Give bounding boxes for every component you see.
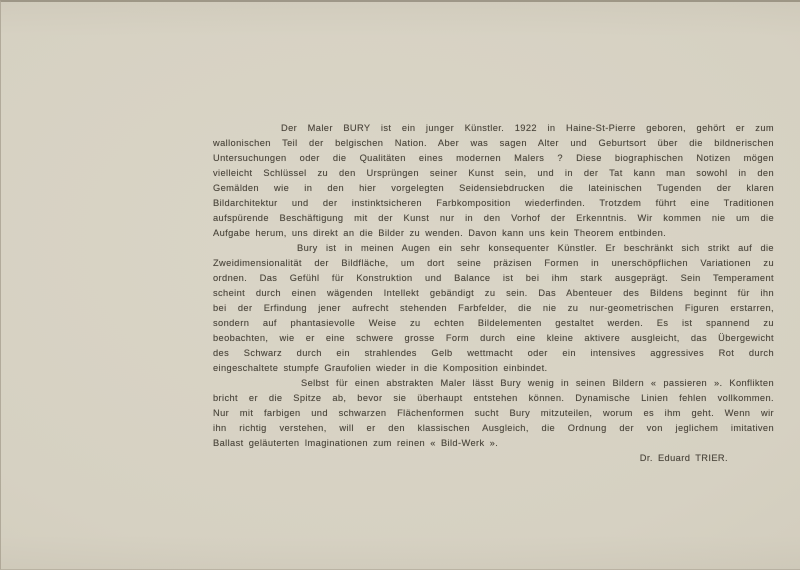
text-line: Selbst für einen abstrakten Maler lässt … (213, 376, 774, 391)
paragraph: Der Maler BURY ist ein junger Künstler. … (213, 121, 774, 241)
text-line: vielleicht Schlüssel zu den Ursprüngen s… (213, 166, 774, 181)
text-line: ihn richtig verstehen, will er den klass… (213, 421, 774, 436)
body-text: Der Maler BURY ist ein junger Künstler. … (213, 121, 774, 466)
signature: Dr. Eduard TRIER. (213, 451, 774, 466)
text-line: bei der Erfindung jener aufrecht stehend… (213, 301, 774, 316)
text-line: bricht er die Spitze ab, bevor sie überh… (213, 391, 774, 406)
text-line: scheint durch einen wägenden Intellekt g… (213, 286, 774, 301)
text-line: ordnen. Das Gefühl für Konstruktion und … (213, 271, 774, 286)
text-line: Bury ist in meinen Augen ein sehr konseq… (213, 241, 774, 256)
book-page: Der Maler BURY ist ein junger Künstler. … (0, 0, 800, 570)
paragraph: Selbst für einen abstrakten Maler lässt … (213, 376, 774, 451)
text-line: aufspürende Beschäftigung mit der Kunst … (213, 211, 774, 226)
text-line: Ballast geläuterten Imaginationen zum re… (213, 436, 774, 451)
paragraphs-container: Der Maler BURY ist ein junger Künstler. … (213, 121, 774, 451)
text-line: Aufgabe herum, uns direkt an die Bilder … (213, 226, 774, 241)
text-line: beobachten, wie er eine schwere grosse F… (213, 331, 774, 346)
paragraph: Bury ist in meinen Augen ein sehr konseq… (213, 241, 774, 376)
text-line: eingeschaltete stumpfe Graufolien wieder… (213, 361, 774, 376)
text-line: sondern auf phantasievolle Weise zu echt… (213, 316, 774, 331)
text-line: Bildarchitektur und der instinktsicheren… (213, 196, 774, 211)
text-line: des Schwarz durch ein strahlendes Gelb w… (213, 346, 774, 361)
text-line: wallonischen Teil der belgischen Nation.… (213, 136, 774, 151)
text-line: Gemälden wie in den hier vorgelegten Sei… (213, 181, 774, 196)
text-line: Nur mit farbigen und schwarzen Flächenfo… (213, 406, 774, 421)
text-line: Zweidimensionalität der Bildfläche, um d… (213, 256, 774, 271)
text-line: Untersuchungen oder die Qualitäten eines… (213, 151, 774, 166)
text-line: Der Maler BURY ist ein junger Künstler. … (213, 121, 774, 136)
